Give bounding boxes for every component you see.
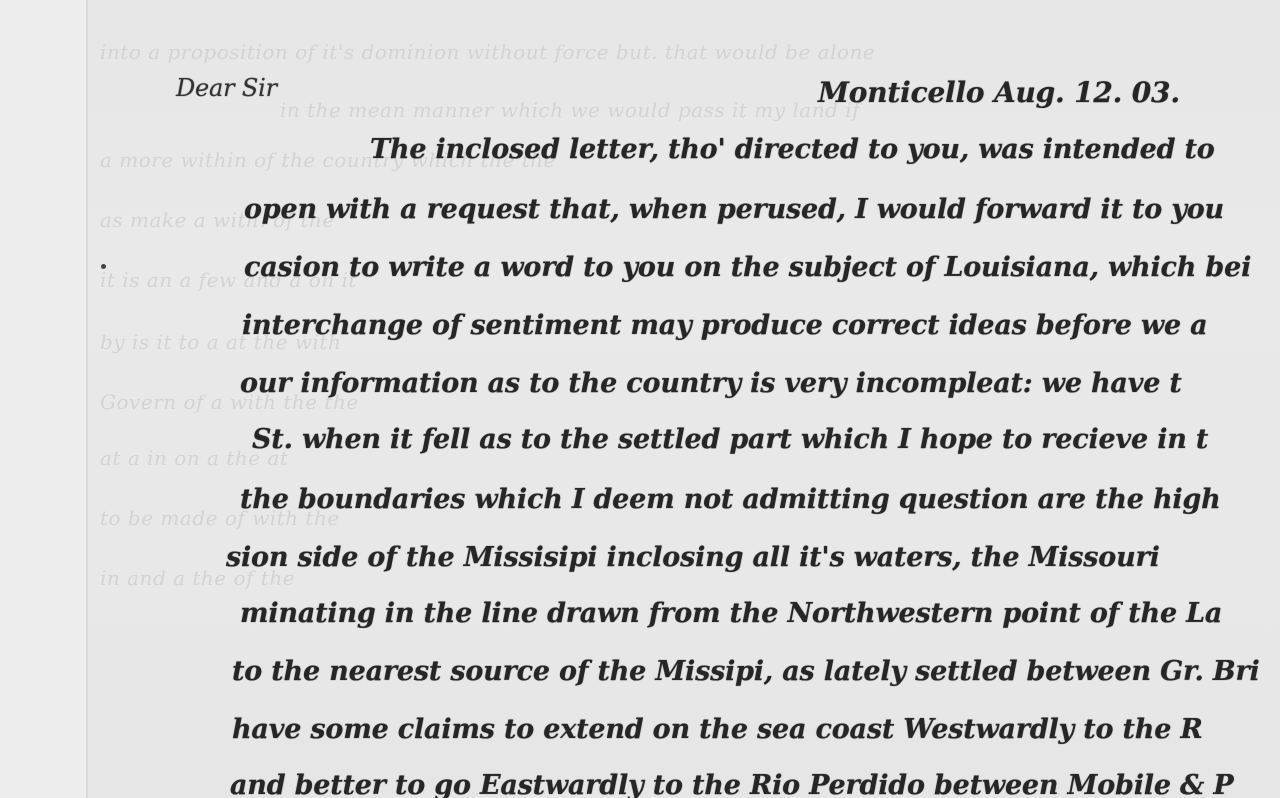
letter-line: casion to write a word to you on the sub… <box>244 252 1251 283</box>
document-viewer: into a proposition of it's dominion with… <box>0 0 1280 798</box>
letter-line: our information as to the country is ver… <box>240 368 1182 399</box>
letter-line: open with a request that, when perused, … <box>244 194 1224 225</box>
letter-line: and better to go Eastwardly to the Rio P… <box>230 770 1233 798</box>
ink-spot <box>101 264 106 269</box>
letter-line: sion side of the Missisipi inclosing all… <box>226 542 1160 573</box>
letter-line: the boundaries which I deem not admittin… <box>240 484 1221 515</box>
place-date: Monticello Aug. 12. 03. <box>818 76 1180 109</box>
salutation: Dear Sir <box>176 74 277 102</box>
letter-line: interchange of sentiment may produce cor… <box>242 310 1207 341</box>
bleed-through-text: into a proposition of it's dominion with… <box>100 40 875 64</box>
letter-line: have some claims to extend on the sea co… <box>232 714 1203 745</box>
letter-line: to the nearest source of the Missipi, as… <box>232 656 1260 687</box>
letter-line: minating in the line drawn from the Nort… <box>240 598 1222 629</box>
letter-line: St. when it fell as to the settled part … <box>252 424 1208 455</box>
left-margin <box>0 0 86 798</box>
letter-line: The inclosed letter, tho' directed to yo… <box>370 134 1215 165</box>
bleed-through-text: in the mean manner which we would pass i… <box>280 98 860 122</box>
